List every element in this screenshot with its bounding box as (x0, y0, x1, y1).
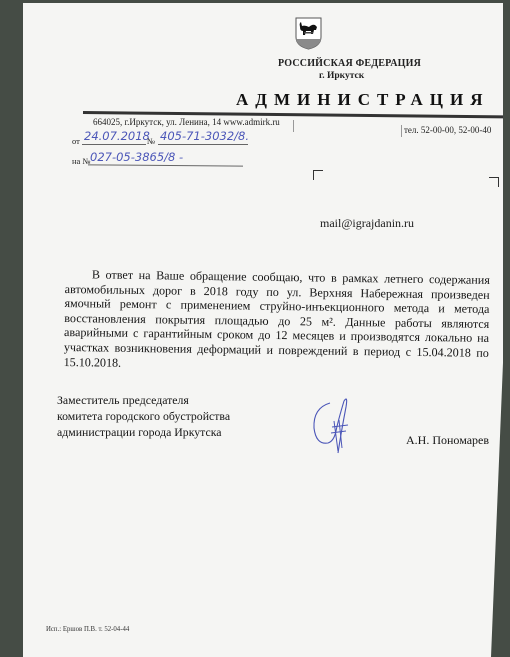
executor-info: Исп.: Ершов П.В. т. 52-04-44 (46, 626, 129, 633)
body-paragraph: В ответ на Ваше обращение сообщаю, что в… (64, 267, 490, 375)
letter-page: РОССИЙСКАЯ ФЕДЕРАЦИЯ г. Иркутск АДМИНИСТ… (23, 3, 503, 657)
address-corner-right (489, 177, 499, 187)
separator (293, 120, 294, 132)
from-label: от (72, 136, 80, 146)
letter-number: 405-71-3032/8. (160, 129, 249, 143)
phone-line: тел. 52-00-00, 52-00-40 (404, 125, 491, 135)
irkutsk-coat-of-arms-icon (295, 17, 322, 50)
letter-body: В ответ на Ваше обращение сообщаю, что в… (64, 267, 490, 375)
reply-underline (88, 164, 243, 166)
separator (401, 125, 402, 137)
position-line-1: Заместитель председателя (57, 392, 277, 408)
country-name: РОССИЙСКАЯ ФЕДЕРАЦИЯ (278, 58, 421, 69)
number-underline (158, 144, 248, 145)
recipient-email: mail@igrajdanin.ru (320, 216, 414, 231)
address-corner-left (313, 170, 323, 180)
organization-title: АДМИНИСТРАЦИЯ (236, 90, 490, 110)
reply-to-number: 027-05-3865/8 - (90, 150, 183, 164)
address-line: 664025, г.Иркутск, ул. Ленина, 14 www.ad… (93, 117, 280, 127)
letter-date: 24.07.2018 (84, 129, 150, 143)
signatory-name: А.Н. Пономарев (406, 433, 489, 448)
number-label: № (147, 136, 155, 146)
city-name: г. Иркутск (319, 71, 364, 81)
handwritten-signature-icon (308, 393, 358, 463)
date-underline (82, 144, 146, 145)
position-line-2: комитета городского обустройства (57, 408, 277, 424)
position-line-3: администрации города Иркутска (57, 424, 277, 440)
signatory-position: Заместитель председателя комитета городс… (57, 392, 277, 440)
